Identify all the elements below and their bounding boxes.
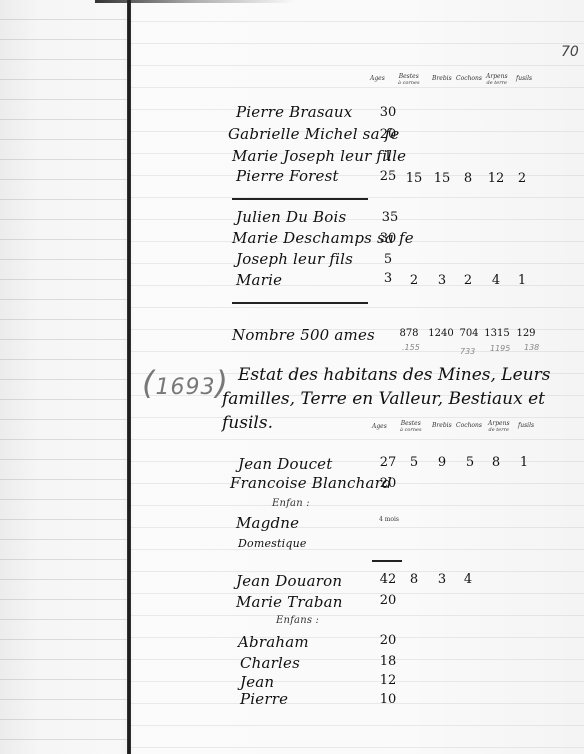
paren-open: ( xyxy=(142,364,155,402)
child-age: 10 xyxy=(376,692,400,707)
age-value: 5 xyxy=(376,252,400,267)
servant-label: Domestique xyxy=(238,537,307,550)
person-name: Pierre Forest xyxy=(236,167,339,185)
colhead-arpens: Arpensde terre xyxy=(486,74,508,86)
children-label: Enfans : xyxy=(276,615,319,626)
pencil-note: 138 xyxy=(524,343,539,352)
folio-number: 70 xyxy=(561,44,579,60)
bestes-value: 15 xyxy=(402,171,426,186)
child-age: 18 xyxy=(376,654,400,669)
person-name: Gabrielle Michel sa fe xyxy=(228,125,400,143)
colhead-bestes-label: Bestes xyxy=(399,73,419,80)
arpens-value: 12 xyxy=(484,171,508,186)
child-age: 12 xyxy=(376,673,400,688)
colhead-cochons: Cochons xyxy=(456,423,482,429)
arpens-value: 8 xyxy=(484,455,508,470)
person-name: Jean Douaron xyxy=(236,572,342,590)
colhead-brebis: Brebis xyxy=(432,76,452,82)
total-cochons: 704 xyxy=(456,328,482,339)
age-value: 42 xyxy=(376,572,400,587)
age-value: 1 xyxy=(376,149,400,164)
bestes-value: 8 xyxy=(402,572,426,587)
year-annotation: (1693) xyxy=(142,364,229,402)
colhead-bestes: Bestesà cornes xyxy=(398,74,420,86)
person-name: Marie xyxy=(236,271,282,289)
colhead-fusils: fusils xyxy=(518,423,534,429)
left-page-blank xyxy=(0,0,128,754)
family-separator xyxy=(232,198,368,200)
person-name: Julien Du Bois xyxy=(236,208,346,226)
family-separator xyxy=(232,302,368,304)
age-value: 20 xyxy=(376,476,400,491)
colhead-arpens-sub: de terre xyxy=(488,427,510,433)
child-age: 20 xyxy=(376,633,400,648)
child-name: Jean xyxy=(240,673,274,691)
pencil-note: 733 xyxy=(460,347,475,356)
person-name: Jean Doucet xyxy=(238,455,333,473)
fusils-value: 1 xyxy=(510,273,534,288)
age-value: 25 xyxy=(376,169,400,184)
person-name: Joseph leur fils xyxy=(236,250,353,268)
total-brebis: 1240 xyxy=(426,328,456,339)
colhead-ages: Ages xyxy=(372,424,387,430)
pencil-note: .155 xyxy=(402,343,420,352)
age-value: 27 xyxy=(376,455,400,470)
colhead-fusils: fusils xyxy=(516,76,532,82)
colhead-bestes-sub: à cornes xyxy=(400,427,422,433)
cochons-value: 4 xyxy=(456,572,480,587)
brebis-value: 3 xyxy=(430,273,454,288)
pencil-note: 1195 xyxy=(490,344,510,353)
colhead-arpens-sub: de terre xyxy=(486,80,508,86)
section-title-line1: Estat des habitans des Mines, Leurs xyxy=(238,365,550,385)
child-name: Pierre xyxy=(240,690,288,708)
brebis-value: 15 xyxy=(430,171,454,186)
fusils-value: 2 xyxy=(510,171,534,186)
brebis-value: 9 xyxy=(430,455,454,470)
arpens-value: 4 xyxy=(484,273,508,288)
brebis-value: 3 xyxy=(430,572,454,587)
colhead-arpens-label: Arpens xyxy=(486,73,508,80)
year-value: 1693 xyxy=(155,375,215,400)
colhead-ages: Ages xyxy=(370,76,385,82)
colhead-cochons: Cochons xyxy=(456,76,482,82)
fusils-value: 1 xyxy=(512,455,536,470)
cochons-value: 5 xyxy=(458,455,482,470)
totals-label: Nombre 500 ames xyxy=(232,326,375,344)
entry-separator xyxy=(372,560,402,562)
child-name: Abraham xyxy=(238,633,309,651)
bestes-value: 2 xyxy=(402,273,426,288)
child-age: 4 mois xyxy=(374,516,404,523)
colhead-brebis: Brebis xyxy=(432,423,452,429)
colhead-bestes: Bestesà cornes xyxy=(400,421,422,433)
age-value: 35 xyxy=(378,210,402,225)
cochons-value: 8 xyxy=(456,171,480,186)
total-bestes: 878 xyxy=(396,328,422,339)
cochons-value: 2 xyxy=(456,273,480,288)
person-name: Francoise Blanchard xyxy=(230,474,392,492)
colhead-bestes-sub: à cornes xyxy=(398,80,420,86)
age-value: 20 xyxy=(376,127,400,142)
child-name: Charles xyxy=(240,654,300,672)
age-value: 30 xyxy=(376,231,400,246)
person-name: Pierre Brasaux xyxy=(236,103,352,121)
age-value: 20 xyxy=(376,593,400,608)
child-name: Magdne xyxy=(236,514,299,532)
age-value: 3 xyxy=(376,271,400,286)
colhead-arpens: Arpensde terre xyxy=(488,421,510,433)
colhead-bestes-label: Bestes xyxy=(401,420,421,427)
total-arpens: 1315 xyxy=(482,328,512,339)
colhead-arpens-label: Arpens xyxy=(488,420,510,427)
age-value: 30 xyxy=(376,105,400,120)
children-label: Enfan : xyxy=(272,498,310,509)
person-name: Marie Traban xyxy=(236,593,343,611)
scanned-register-spread: 70 Ages Bestesà cornes Brebis Cochons Ar… xyxy=(0,0,584,754)
total-fusils: 129 xyxy=(514,328,538,339)
bestes-value: 5 xyxy=(402,455,426,470)
